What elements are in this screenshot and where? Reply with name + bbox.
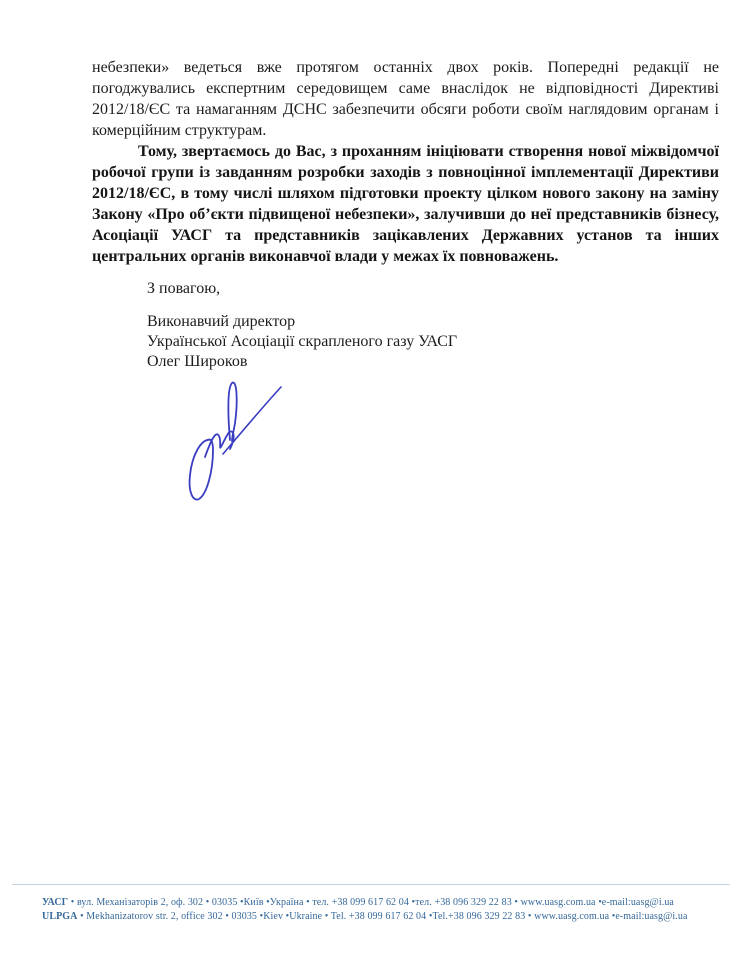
footer-line-english: ULPGA • Mekhanizatorov str. 2, office 30… (42, 910, 712, 924)
body-paragraph-continued: небезпеки» ведеться вже протягом останні… (92, 57, 719, 141)
footer-org-ulpga: ULPGA (42, 911, 78, 922)
footer-divider (12, 884, 730, 885)
handwritten-signature-icon (185, 378, 285, 505)
footer-contact-ukrainian: • вул. Механізаторів 2, оф. 302 • 03035 … (68, 897, 674, 908)
footer: УАСГ • вул. Механізаторів 2, оф. 302 • 0… (42, 896, 712, 923)
closing-block: З повагою, (147, 279, 719, 299)
document-page: небезпеки» ведеться вже протягом останні… (0, 0, 742, 960)
closing-salutation: З повагою, (147, 279, 719, 299)
body-paragraph-request: Тому, звертаємось до Вас, з проханням ін… (92, 141, 719, 267)
footer-line-ukrainian: УАСГ • вул. Механізаторів 2, оф. 302 • 0… (42, 896, 712, 910)
signer-block: Виконавчий директор Української Асоціаці… (147, 312, 719, 372)
footer-contact-english: • Mekhanizatorov str. 2, office 302 • 03… (78, 911, 688, 922)
signer-name: Олег Широков (147, 352, 719, 372)
letter-body: небезпеки» ведеться вже протягом останні… (92, 57, 719, 372)
signer-title: Виконавчий директор (147, 312, 719, 332)
signer-organization: Української Асоціації скрапленого газу У… (147, 332, 719, 352)
footer-org-uasg: УАСГ (42, 897, 68, 908)
